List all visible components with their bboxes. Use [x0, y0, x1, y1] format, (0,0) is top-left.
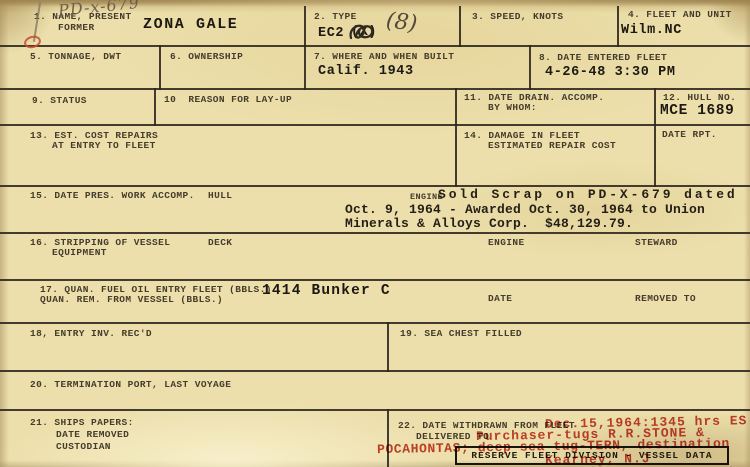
- divider-row3: [0, 124, 750, 126]
- field-termination-label: 20. TERMINATION PORT, LAST VOYAGE: [30, 380, 231, 390]
- field-stripping-steward-label: STEWARD: [635, 238, 678, 248]
- field-tonnage-label: 5. TONNAGE, DWT: [30, 52, 122, 62]
- divider-col-ownership: [159, 45, 161, 90]
- sold-scrap-note-line2: Oct. 9, 1964 - Awarded Oct. 30, 1964 to …: [345, 203, 705, 216]
- field-speed-label: 3. SPEED, KNOTS: [472, 12, 564, 22]
- field-preswork-label: 15. DATE PRES. WORK ACCOMP.: [30, 191, 195, 201]
- field-hullno-value: MCE 1689: [660, 104, 734, 118]
- field-stripping-deck-label: DECK: [208, 238, 232, 248]
- field-layup-label: 10 REASON FOR LAY-UP: [164, 95, 292, 105]
- type-strikeout-scribble: [346, 21, 380, 45]
- field-preswork-hull-label: HULL: [208, 191, 232, 201]
- divider-col-withdrawn: [387, 409, 389, 467]
- divider-col-type: [304, 6, 306, 47]
- divider-row8: [0, 370, 750, 372]
- field-entryinv-label: 18, ENTRY INV. REC'D: [30, 329, 152, 339]
- divider-col-drain: [455, 88, 457, 187]
- field-entered-label: 8. DATE ENTERED FLEET: [539, 53, 667, 63]
- divider-row9: [0, 409, 750, 411]
- field-fueloil-date-label: DATE: [488, 294, 512, 304]
- field-fleet-label: 4. FLEET AND UNIT: [628, 10, 732, 20]
- divider-row2: [0, 88, 750, 90]
- field-name-value: ZONA GALE: [143, 18, 238, 32]
- field-drain-label2: BY WHOM:: [488, 103, 537, 113]
- field-built-value: Calif. 1943: [318, 65, 414, 79]
- vessel-record-card: 1. NAME, PRESENT FORMER ZONA GALE 2. TYP…: [0, 0, 750, 467]
- red-circle-mark: [23, 34, 42, 50]
- field-fueloil-removedto-label: REMOVED TO: [635, 294, 696, 304]
- divider-row7: [0, 322, 750, 324]
- field-shipspapers-label: 21. SHIPS PAPERS:: [30, 418, 134, 428]
- field-name-label2: FORMER: [58, 23, 95, 33]
- field-entered-value: 4-26-48 3:30 PM: [545, 66, 676, 80]
- divider-col-layup: [154, 88, 156, 126]
- field-fueloil-label2: QUAN. REM. FROM VESSEL (BBLS.): [40, 295, 223, 305]
- sold-scrap-note-line1: Sold Scrap on PD-X-679 dated: [438, 188, 738, 201]
- divider-col-speed: [459, 6, 461, 47]
- divider-row6: [0, 279, 750, 281]
- sold-scrap-note-line3: Minerals & Alloys Corp. $48,129.79.: [345, 217, 633, 230]
- field-estcost-label2: AT ENTRY TO FLEET: [52, 141, 156, 151]
- field-shipspapers-label2: DATE REMOVED: [56, 430, 129, 440]
- divider-col-built: [304, 45, 306, 90]
- divider-col-entered: [529, 45, 531, 90]
- divider-col-hullno: [654, 88, 656, 187]
- red-stamp-line-kearney: Kearney, N.J: [545, 452, 651, 467]
- type-handwritten-eight: (8): [385, 8, 419, 37]
- field-daterpt-label: DATE RPT.: [662, 130, 717, 140]
- field-ownership-label: 6. OWNERSHIP: [170, 52, 243, 62]
- field-seachest-label: 19. SEA CHEST FILLED: [400, 329, 522, 339]
- field-built-label: 7. WHERE AND WHEN BUILT: [314, 52, 454, 62]
- field-stripping-engine-label: ENGINE: [488, 238, 525, 248]
- field-fleet-value: Wilm.NC: [621, 24, 682, 38]
- divider-row5: [0, 232, 750, 234]
- field-stripping-label2: EQUIPMENT: [52, 248, 107, 258]
- field-status-label: 9. STATUS: [32, 96, 87, 106]
- divider-row1: [0, 45, 750, 47]
- field-damage-label2: ESTIMATED REPAIR COST: [488, 141, 616, 151]
- divider-col-seachest: [387, 322, 389, 372]
- field-type-value: EC2: [318, 27, 344, 41]
- field-shipspapers-label3: CUSTODIAN: [56, 442, 111, 452]
- divider-col-fleet: [617, 6, 619, 47]
- field-fueloil-value: 1414 Bunker C: [262, 284, 391, 298]
- field-hullno-label: 12. HULL NO.: [663, 93, 736, 103]
